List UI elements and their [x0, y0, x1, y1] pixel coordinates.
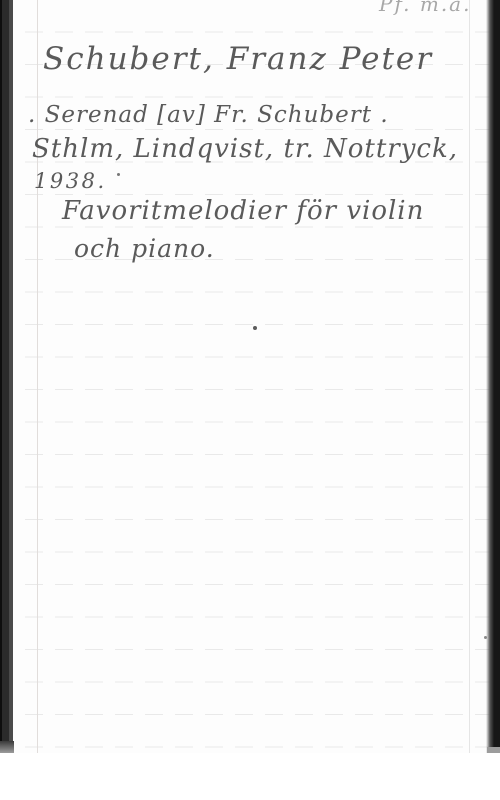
author-heading: Schubert, Franz Peter [43, 42, 433, 78]
ink-speck [484, 636, 487, 639]
contents-note-line-2: och piano. [74, 235, 215, 264]
catalog-card: Pf. m.a. Schubert, Franz Peter . Serenad… [13, 0, 491, 753]
left-scan-edge-foot [0, 741, 14, 753]
right-scan-edge [486, 0, 500, 753]
shelf-mark-note: Pf. m.a. [379, 0, 471, 16]
contents-note-line-1: Favoritmelodier för violin [62, 197, 424, 227]
left-scan-edge [0, 0, 13, 753]
ink-speck [117, 173, 120, 176]
year-line: 1938. [34, 169, 107, 193]
imprint-line: Sthlm, Lindqvist, tr. Nottryck, [32, 135, 458, 165]
right-margin-line [469, 0, 470, 753]
scan-page: Pf. m.a. Schubert, Franz Peter . Serenad… [0, 0, 500, 800]
title-line: . Serenad [av] Fr. Schubert . [28, 102, 389, 128]
right-scan-edge-foot [487, 747, 500, 753]
ink-speck [253, 326, 257, 330]
